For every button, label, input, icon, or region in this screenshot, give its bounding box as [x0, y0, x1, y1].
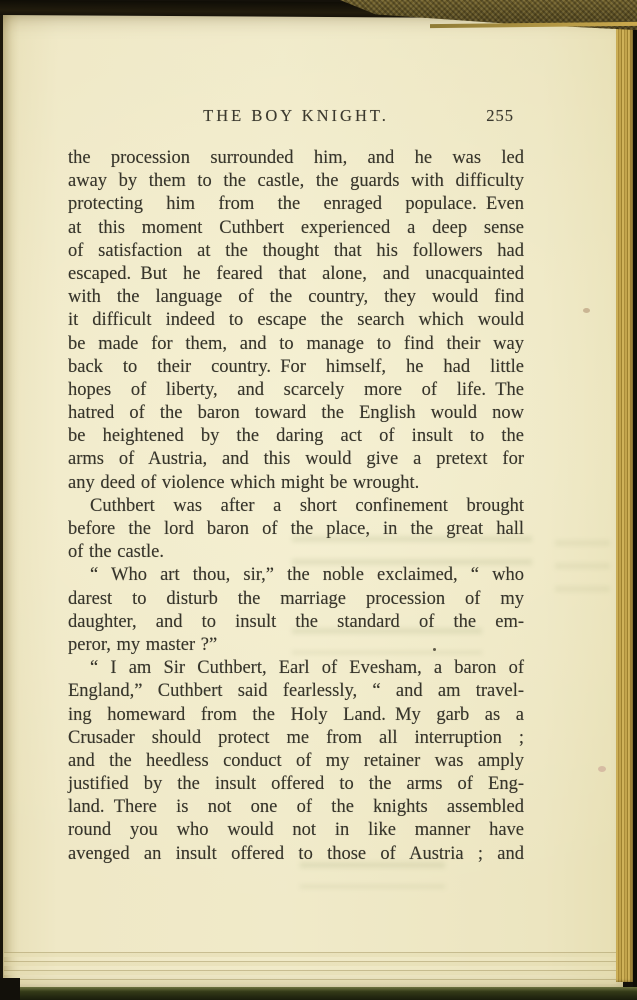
- text-line: Cuthbert was after a short confinement b…: [68, 495, 524, 518]
- text-line: and the heedless conduct of my retainer …: [68, 750, 524, 773]
- text-line: ing homeward from the Holy Land. My garb…: [68, 704, 524, 727]
- text-line: away by them to the castle, the guards w…: [68, 170, 524, 193]
- text-line: be made for them, and to manage to find …: [68, 333, 524, 356]
- bottom-left-cover-corner: [0, 978, 20, 1000]
- bottom-page-stack-edges: [4, 948, 616, 988]
- text-line: Crusader should protect me from all inte…: [68, 727, 524, 750]
- text-line: with the language of the country, they w…: [68, 286, 524, 309]
- bottom-cover-band: [0, 987, 637, 1000]
- paragraph: Cuthbert was after a short confinement b…: [68, 495, 524, 565]
- text-line: of the castle.: [68, 541, 524, 564]
- page-number: 255: [486, 106, 514, 126]
- text-line: “ I am Sir Cuthbert, Earl of Evesham, a …: [68, 657, 524, 680]
- text-line: daughter, and to insult the standard of …: [68, 611, 524, 634]
- text-line: “ Who art thou, sir,” the noble exclaime…: [68, 564, 524, 587]
- text-line: arms of Austria, and this would give a p…: [68, 448, 524, 471]
- text-line: of satisfaction at the thought that his …: [68, 240, 524, 263]
- text-line: be heightened by the daring act of insul…: [68, 425, 524, 448]
- text-line: round you who would not in like manner h…: [68, 819, 524, 842]
- text-line: at this moment Cuthbert experienced a de…: [68, 217, 524, 240]
- paragraph: “ I am Sir Cuthbert, Earl of Evesham, a …: [68, 657, 524, 866]
- paragraph: the procession surrounded him, and he wa…: [68, 147, 524, 495]
- running-title: THE BOY KNIGHT.: [203, 106, 389, 126]
- right-gilt-page-edges: [616, 24, 634, 982]
- body-text: the procession surrounded him, and he wa…: [68, 147, 524, 866]
- text-line: avenged an insult offered to those of Au…: [68, 843, 524, 866]
- text-line: justified by the insult offered to the a…: [68, 773, 524, 796]
- running-header: THE BOY KNIGHT. 255: [68, 106, 524, 128]
- text-line: the procession surrounded him, and he wa…: [68, 147, 524, 170]
- paragraph: “ Who art thou, sir,” the noble exclaime…: [68, 564, 524, 657]
- text-line: hopes of liberty, and scarcely more of l…: [68, 379, 524, 402]
- text-line: escaped. But he feared that alone, and u…: [68, 263, 524, 286]
- right-cover-edge: [633, 0, 637, 1000]
- text-line: before the lord baron of the place, in t…: [68, 518, 524, 541]
- text-line: peror, my master ?”: [68, 634, 524, 657]
- text-line: it difficult indeed to escape the search…: [68, 309, 524, 332]
- text-line: any deed of violence which might be wrou…: [68, 472, 524, 495]
- text-line: hatred of the baron toward the English w…: [68, 402, 524, 425]
- left-cover-edge: [0, 0, 3, 1000]
- text-column: THE BOY KNIGHT. 255 the procession surro…: [68, 106, 524, 866]
- text-line: England,” Cuthbert said fearlessly, “ an…: [68, 680, 524, 703]
- text-line: protecting him from the enraged populace…: [68, 193, 524, 216]
- text-line: darest to disturb the marriage processio…: [68, 588, 524, 611]
- text-line: land. There is not one of the knights as…: [68, 796, 524, 819]
- book-page-scan: THE BOY KNIGHT. 255 the procession surro…: [0, 0, 637, 1000]
- text-line: back to their country. For himself, he h…: [68, 356, 524, 379]
